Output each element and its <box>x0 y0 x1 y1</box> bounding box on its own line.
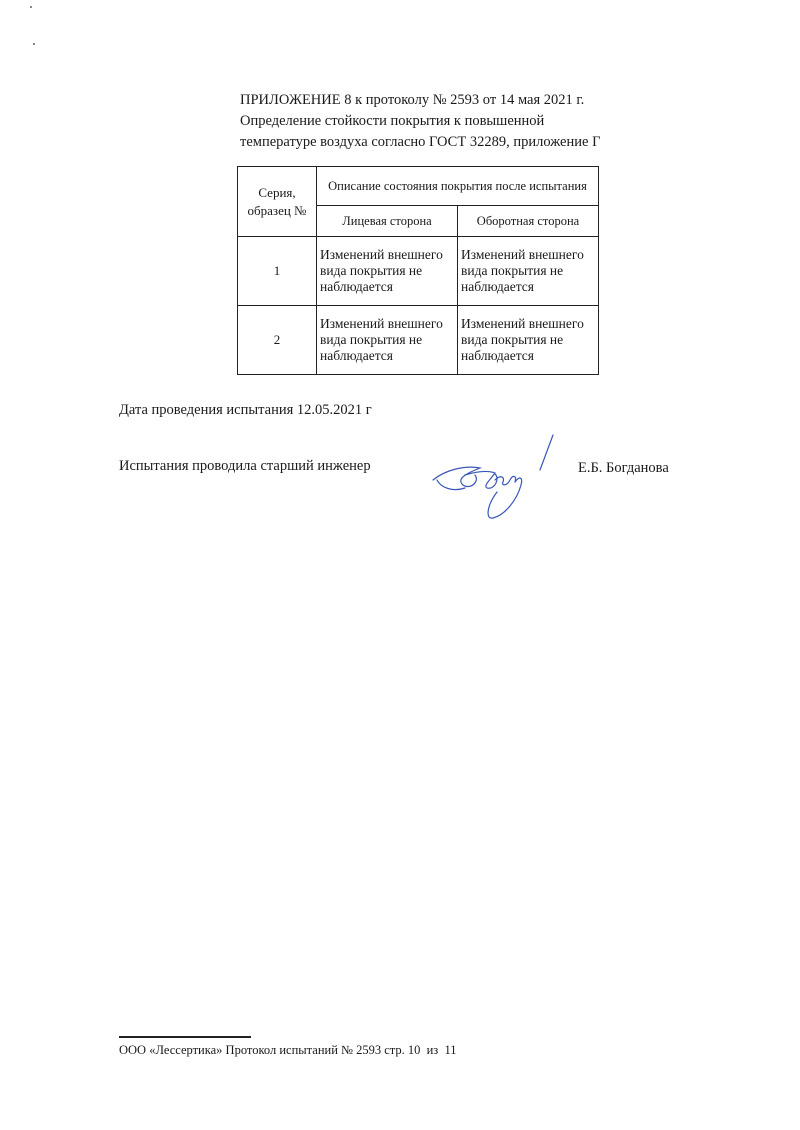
performer-label: Испытания проводила старший инженер <box>119 458 371 475</box>
appendix-title: ПРИЛОЖЕНИЕ 8 к протоколу № 2593 от 14 ма… <box>240 90 600 111</box>
scan-speck <box>33 43 35 45</box>
front-side-header: Лицевая сторона <box>317 206 458 237</box>
table-row: 2 Изменений внешнего вида покрытия не на… <box>238 306 599 375</box>
results-table: Серия, образец № Описание состояния покр… <box>237 166 599 375</box>
front-side-result: Изменений внешнего вида покрытия не набл… <box>317 306 458 375</box>
engineer-name: Е.Б. Богданова <box>578 460 669 477</box>
sample-number: 1 <box>238 237 317 306</box>
back-side-result: Изменений внешнего вида покрытия не набл… <box>458 306 599 375</box>
footnote-divider <box>119 1036 251 1038</box>
page-footer: ООО «Лессертика» Протокол испытаний № 25… <box>119 1043 457 1058</box>
sample-number: 2 <box>238 306 317 375</box>
series-column-header: Серия, образец № <box>238 167 317 237</box>
table-row: 1 Изменений внешнего вида покрытия не на… <box>238 237 599 306</box>
signature-icon <box>425 430 585 530</box>
front-side-result: Изменений внешнего вида покрытия не набл… <box>317 237 458 306</box>
appendix-header: ПРИЛОЖЕНИЕ 8 к протоколу № 2593 от 14 ма… <box>240 90 600 153</box>
appendix-subtitle-line-1: Определение стойкости покрытия к повышен… <box>240 111 600 132</box>
appendix-subtitle-line-2: температуре воздуха согласно ГОСТ 32289,… <box>240 132 600 153</box>
scan-speck <box>30 6 32 8</box>
description-column-header: Описание состояния покрытия после испыта… <box>317 167 599 206</box>
test-date: Дата проведения испытания 12.05.2021 г <box>119 402 372 419</box>
back-side-result: Изменений внешнего вида покрытия не набл… <box>458 237 599 306</box>
back-side-header: Оборотная сторона <box>458 206 599 237</box>
